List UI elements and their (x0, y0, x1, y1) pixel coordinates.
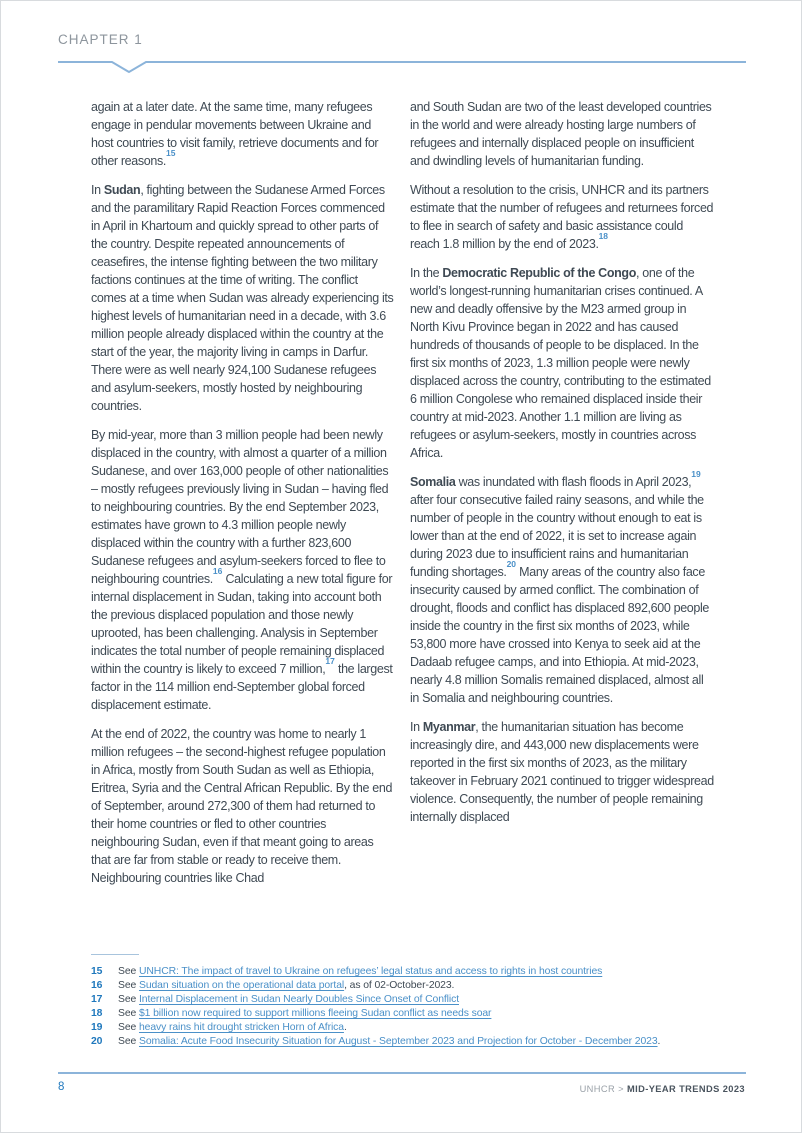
footnote: 18See $1 billion now required to support… (91, 1007, 751, 1021)
footnote-link[interactable]: UNHCR: The impact of travel to Ukraine o… (139, 966, 602, 977)
paragraph: In Sudan, fighting between the Sudanese … (91, 181, 395, 415)
text-column-left: again at a later date. At the same time,… (91, 98, 395, 898)
footer-divider-line (58, 1072, 746, 1074)
body-text: By mid-year, more than 3 million people … (91, 428, 388, 586)
body-text: Many areas of the country also face inse… (410, 565, 709, 705)
chapter-label: CHAPTER 1 (58, 32, 143, 47)
footnote-number: 16 (91, 979, 118, 993)
body-text: , one of the world’s longest-running hum… (410, 266, 711, 460)
footnote-link[interactable]: Somalia: Acute Food Insecurity Situation… (139, 1036, 658, 1047)
body-text: , fighting between the Sudanese Armed Fo… (91, 183, 393, 413)
body-text: and South Sudan are two of the least dev… (410, 100, 711, 168)
footnote-number: 15 (91, 965, 118, 979)
footnote-ref[interactable]: 17 (325, 656, 334, 666)
paragraph: and South Sudan are two of the least dev… (410, 98, 714, 170)
footnote-link[interactable]: $1 billion now required to support milli… (139, 1008, 491, 1019)
body-text: See (118, 994, 139, 1005)
paragraph: Somalia was inundated with flash floods … (410, 473, 714, 707)
body-text: See (118, 1022, 139, 1033)
footnote: 20See Somalia: Acute Food Insecurity Sit… (91, 1035, 751, 1049)
paragraph: At the end of 2022, the country was home… (91, 725, 395, 887)
body-text: was inundated with flash floods in April… (456, 475, 692, 489)
footnote-number: 17 (91, 993, 118, 1007)
text-column-right: and South Sudan are two of the least dev… (410, 98, 714, 837)
paragraph: In Myanmar, the humanitarian situation h… (410, 718, 714, 826)
footnote-link[interactable]: heavy rains hit drought stricken Horn of… (139, 1022, 344, 1033)
footnote-link[interactable]: Sudan situation on the operational data … (139, 980, 344, 991)
body-text: See (118, 980, 139, 991)
chapter-divider-line (58, 61, 746, 76)
footnote-text: See Somalia: Acute Food Insecurity Situa… (118, 1035, 660, 1049)
footnote-text: See Sudan situation on the operational d… (118, 979, 454, 993)
bold-text: Democratic Republic of the Congo (442, 266, 636, 280)
bold-text: Sudan (104, 183, 140, 197)
footnote-ref[interactable]: 18 (599, 231, 608, 241)
footer-publication: UNHCR >MID-YEAR TRENDS 2023 (580, 1084, 745, 1094)
body-text: See (118, 1008, 139, 1019)
footnote: 15See UNHCR: The impact of travel to Ukr… (91, 965, 751, 979)
paragraph: By mid-year, more than 3 million people … (91, 426, 395, 714)
footnote-ref[interactable]: 16 (213, 566, 222, 576)
body-text: At the end of 2022, the country was home… (91, 727, 392, 885)
body-text: See (118, 966, 139, 977)
footnote-ref[interactable]: 20 (507, 559, 516, 569)
chevron-down-icon (58, 62, 746, 72)
paragraph: In the Democratic Republic of the Congo,… (410, 264, 714, 462)
footnote-text: See heavy rains hit drought stricken Hor… (118, 1021, 347, 1035)
footnote: 17See Internal Displacement in Sudan Nea… (91, 993, 751, 1007)
body-text: See (118, 1036, 139, 1047)
footnote-link[interactable]: Internal Displacement in Sudan Nearly Do… (139, 994, 459, 1005)
footer-publication-title: MID-YEAR TRENDS 2023 (627, 1084, 745, 1094)
footnote: 19See heavy rains hit drought stricken H… (91, 1021, 751, 1035)
footnote: 16See Sudan situation on the operational… (91, 979, 751, 993)
body-text: . (344, 1022, 347, 1033)
footnote-number: 20 (91, 1035, 118, 1049)
footnotes-section: 15See UNHCR: The impact of travel to Ukr… (91, 954, 751, 1049)
body-text: , the humanitarian situation has become … (410, 720, 714, 824)
paragraph: again at a later date. At the same time,… (91, 98, 395, 170)
footnote-text: See UNHCR: The impact of travel to Ukrai… (118, 965, 602, 979)
footnote-list: 15See UNHCR: The impact of travel to Ukr… (91, 965, 751, 1049)
footer-org-label: UNHCR > (580, 1084, 624, 1094)
bold-text: Myanmar (423, 720, 475, 734)
document-page: CHAPTER 1 again at a later date. At the … (0, 0, 802, 1133)
body-text: , as of 02-October-2023. (344, 980, 454, 991)
footnote-text: See $1 billion now required to support m… (118, 1007, 491, 1021)
page-number: 8 (58, 1081, 64, 1093)
body-text: . (658, 1036, 661, 1047)
bold-text: Somalia (410, 475, 456, 489)
footnote-divider-line (91, 954, 139, 955)
body-text: In the (410, 266, 442, 280)
body-text: Calculating a new total figure for inter… (91, 572, 392, 676)
footnote-text: See Internal Displacement in Sudan Nearl… (118, 993, 459, 1007)
body-text: In (410, 720, 423, 734)
footnote-number: 19 (91, 1021, 118, 1035)
footnote-number: 18 (91, 1007, 118, 1021)
paragraph: Without a resolution to the crisis, UNHC… (410, 181, 714, 253)
body-text: In (91, 183, 104, 197)
footnote-ref[interactable]: 19 (691, 469, 700, 479)
footnote-ref[interactable]: 15 (166, 148, 175, 158)
body-text: again at a later date. At the same time,… (91, 100, 378, 168)
body-text: Without a resolution to the crisis, UNHC… (410, 183, 713, 251)
